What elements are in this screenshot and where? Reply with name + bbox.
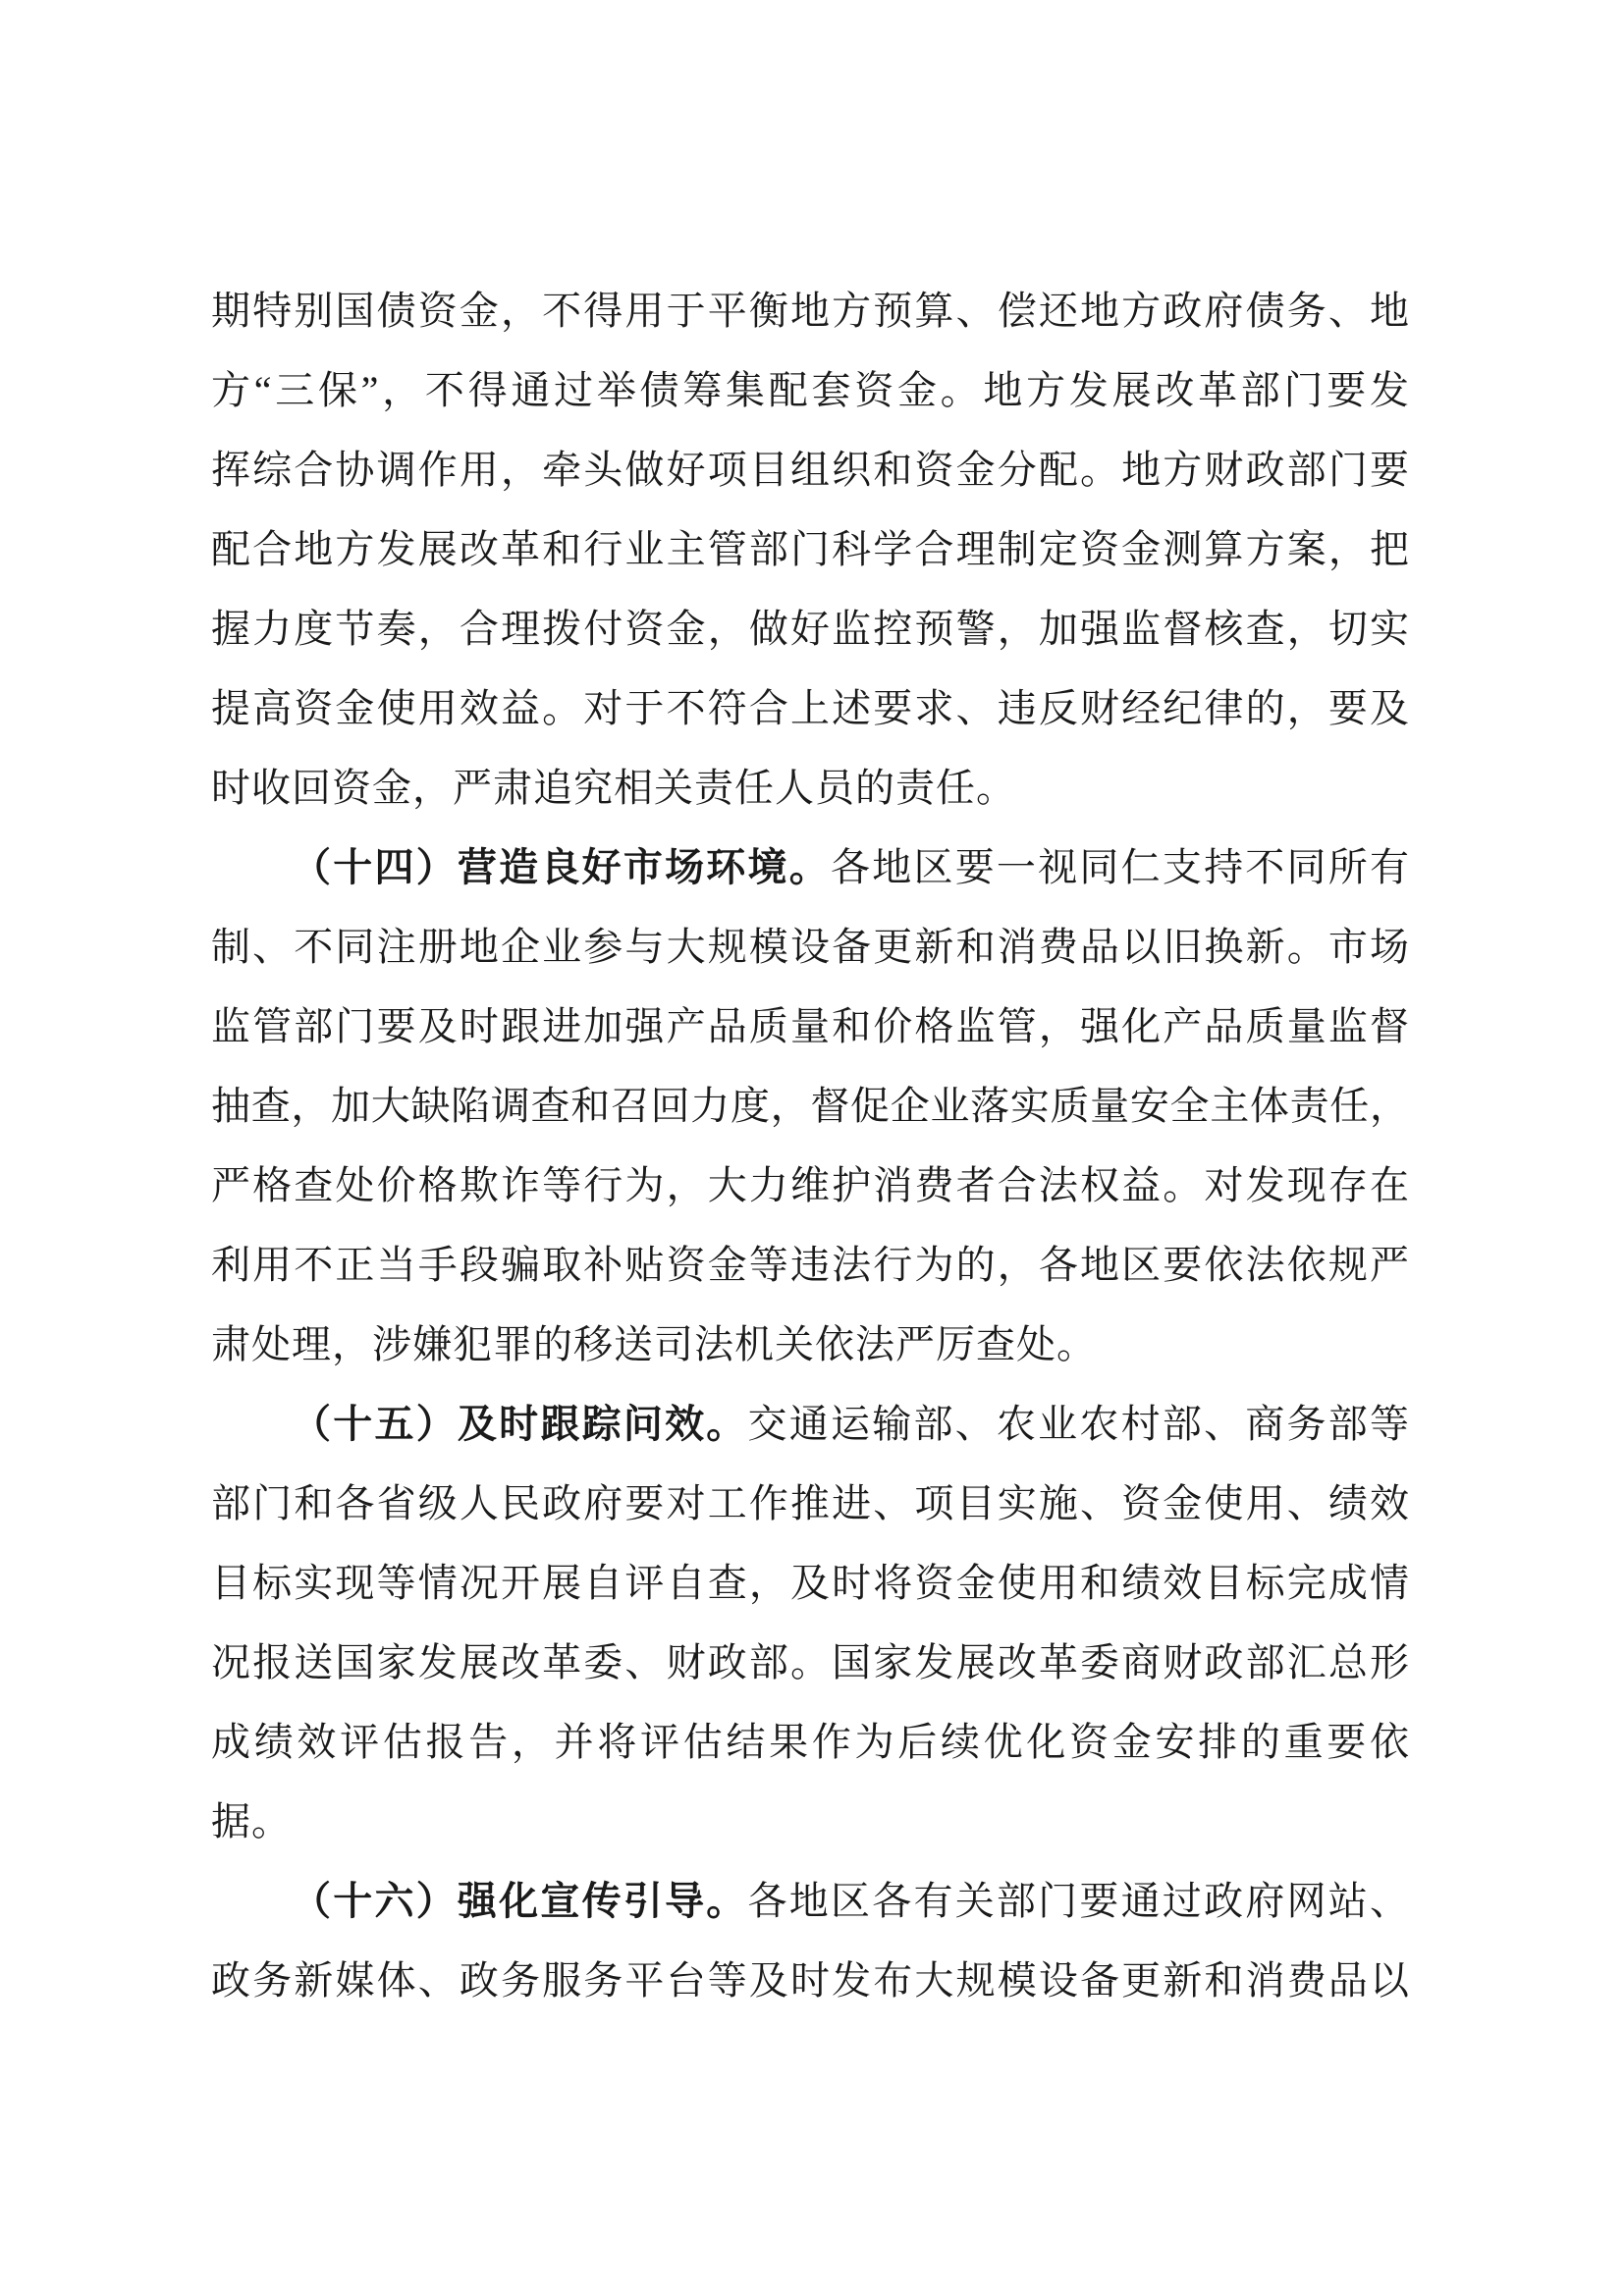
body-text: 挥综合协调作用，牵头做好项目组织和资金分配。地方财政部门要 xyxy=(211,448,1409,492)
body-text: 握力度节奏，合理拨付资金，做好监控预警，加强监督核查，切实 xyxy=(211,607,1409,651)
text-line: （十五）及时跟踪问效。交通运输部、农业农村部、商务部等 xyxy=(211,1384,1409,1464)
text-line: 期特别国债资金，不得用于平衡地方预算、偿还地方政府债务、地 xyxy=(211,271,1409,350)
body-text: 抽查，加大缺陷调查和召回力度，督促企业落实质量安全主体责任， xyxy=(211,1084,1409,1128)
text-line: 据。 xyxy=(211,1782,1409,1861)
text-line: 方“三保”，不得通过举债筹集配套资金。地方发展改革部门要发 xyxy=(211,350,1409,430)
body-text: 严格查处价格欺诈等行为，大力维护消费者合法权益。对发现存在 xyxy=(211,1163,1409,1207)
text-line: 监管部门要及时跟进加强产品质量和价格监管，强化产品质量监督 xyxy=(211,987,1409,1066)
text-line: 部门和各省级人民政府要对工作推进、项目实施、资金使用、绩效 xyxy=(211,1464,1409,1543)
body-text: 据。 xyxy=(211,1799,292,1843)
text-line: 目标实现等情况开展自评自查，及时将资金使用和绩效目标完成情 xyxy=(211,1543,1409,1623)
text-line: 利用不正当手段骗取补贴资金等违法行为的，各地区要依法依规严 xyxy=(211,1225,1409,1305)
body-text: 肃处理，涉嫌犯罪的移送司法机关依法严厉查处。 xyxy=(211,1322,1097,1366)
body-text: 部门和各省级人民政府要对工作推进、项目实施、资金使用、绩效 xyxy=(211,1481,1409,1525)
text-line: 抽查，加大缺陷调查和召回力度，督促企业落实质量安全主体责任， xyxy=(211,1066,1409,1146)
body-text: 方“三保”，不得通过举债筹集配套资金。地方发展改革部门要发 xyxy=(211,368,1409,412)
text-line: 肃处理，涉嫌犯罪的移送司法机关依法严厉查处。 xyxy=(211,1305,1409,1384)
text-line: （十四）营造良好市场环境。各地区要一视同仁支持不同所有 xyxy=(211,828,1409,907)
section-heading: （十六）强化宣传引导。 xyxy=(292,1879,748,1923)
text-line: 严格查处价格欺诈等行为，大力维护消费者合法权益。对发现存在 xyxy=(211,1146,1409,1225)
body-text: 况报送国家发展改革委、财政部。国家发展改革委商财政部汇总形 xyxy=(211,1640,1409,1684)
body-text: 各地区要一视同仁支持不同所有 xyxy=(831,845,1409,889)
text-line: 提高资金使用效益。对于不符合上述要求、违反财经纪律的，要及 xyxy=(211,668,1409,748)
section-heading: （十四）营造良好市场环境。 xyxy=(292,845,831,889)
body-text: 配合地方发展改革和行业主管部门科学合理制定资金测算方案，把 xyxy=(211,527,1409,571)
text-line: 制、不同注册地企业参与大规模设备更新和消费品以旧换新。市场 xyxy=(211,907,1409,987)
body-text: 利用不正当手段骗取补贴资金等违法行为的，各地区要依法依规严 xyxy=(211,1243,1409,1287)
body-text: 成绩效评估报告，并将评估结果作为后续优化资金安排的重要依 xyxy=(211,1720,1409,1764)
body-text: 制、不同注册地企业参与大规模设备更新和消费品以旧换新。市场 xyxy=(211,925,1409,969)
document-page: 期特别国债资金，不得用于平衡地方预算、偿还地方政府债务、地方“三保”，不得通过举… xyxy=(0,0,1624,2296)
body-text: 各地区各有关部门要通过政府网站、 xyxy=(748,1879,1409,1923)
body-text: 政务新媒体、政务服务平台等及时发布大规模设备更新和消费品以 xyxy=(211,1958,1409,2002)
body-text: 提高资金使用效益。对于不符合上述要求、违反财经纪律的，要及 xyxy=(211,686,1409,730)
text-line: 政务新媒体、政务服务平台等及时发布大规模设备更新和消费品以 xyxy=(211,1941,1409,2020)
section-heading: （十五）及时跟踪问效。 xyxy=(292,1402,748,1446)
body-text: 时收回资金，严肃追究相关责任人员的责任。 xyxy=(211,766,1016,810)
body-text: 期特别国债资金，不得用于平衡地方预算、偿还地方政府债务、地 xyxy=(211,289,1409,333)
text-line: 时收回资金，严肃追究相关责任人员的责任。 xyxy=(211,748,1409,828)
body-text: 目标实现等情况开展自评自查，及时将资金使用和绩效目标完成情 xyxy=(211,1561,1409,1605)
text-line: 成绩效评估报告，并将评估结果作为后续优化资金安排的重要依 xyxy=(211,1702,1409,1782)
document-body: 期特别国债资金，不得用于平衡地方预算、偿还地方政府债务、地方“三保”，不得通过举… xyxy=(211,271,1409,2020)
text-line: 配合地方发展改革和行业主管部门科学合理制定资金测算方案，把 xyxy=(211,509,1409,589)
body-text: 交通运输部、农业农村部、商务部等 xyxy=(748,1402,1409,1446)
text-line: 握力度节奏，合理拨付资金，做好监控预警，加强监督核查，切实 xyxy=(211,589,1409,668)
text-line: 挥综合协调作用，牵头做好项目组织和资金分配。地方财政部门要 xyxy=(211,430,1409,509)
text-line: 况报送国家发展改革委、财政部。国家发展改革委商财政部汇总形 xyxy=(211,1623,1409,1702)
text-line: （十六）强化宣传引导。各地区各有关部门要通过政府网站、 xyxy=(211,1861,1409,1941)
body-text: 监管部门要及时跟进加强产品质量和价格监管，强化产品质量监督 xyxy=(211,1004,1409,1048)
